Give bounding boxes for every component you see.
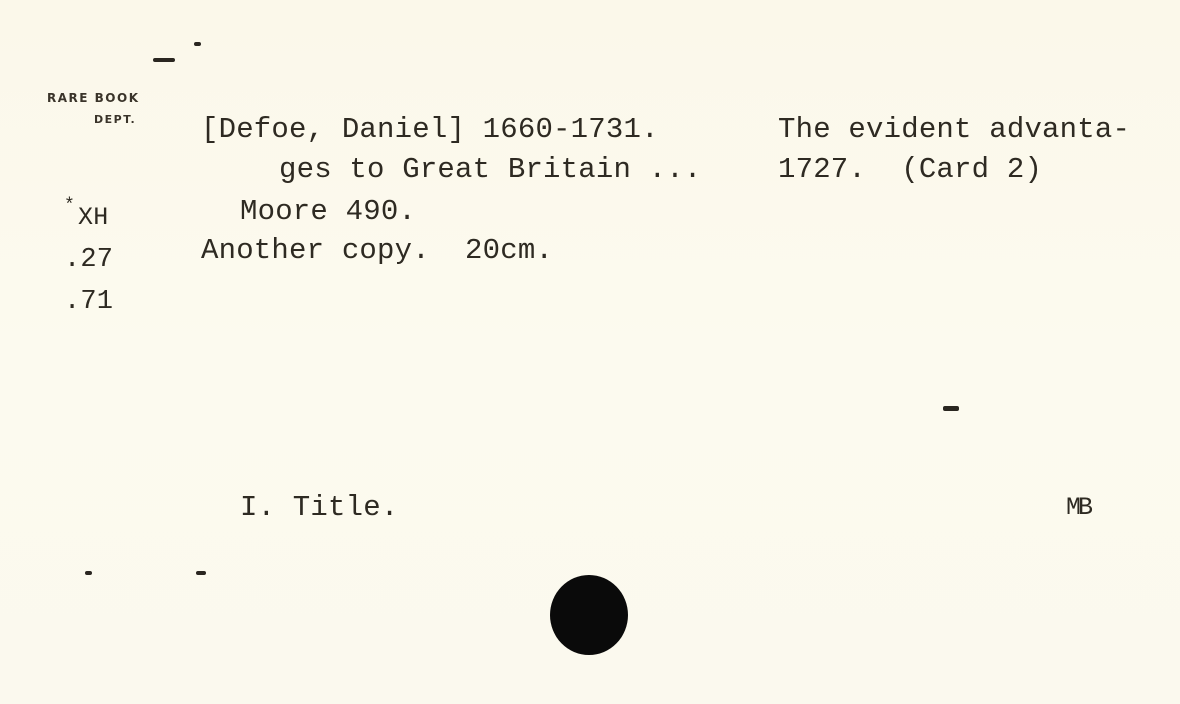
ink-mark bbox=[196, 571, 206, 575]
imprint-date: 1727. (Card 2) bbox=[778, 150, 1042, 190]
card-punch-hole bbox=[550, 575, 628, 655]
title-line2: ges to Great Britain ... bbox=[279, 150, 701, 190]
title-line1: The evident advanta- bbox=[778, 110, 1130, 150]
call-number-line3: .71 bbox=[64, 282, 113, 322]
ink-mark bbox=[194, 42, 201, 46]
call-number-line2: .27 bbox=[64, 240, 113, 280]
author-heading: [Defoe, Daniel] 1660-1731. bbox=[201, 110, 659, 150]
call-number-line1: XH bbox=[78, 198, 108, 238]
ink-mark bbox=[153, 58, 175, 62]
bibliographic-reference: Moore 490. bbox=[240, 192, 416, 232]
tracings: I. Title. bbox=[240, 488, 398, 528]
asterisk-mark: * bbox=[64, 197, 75, 215]
rare-book-dept-stamp-line2: DEPT. bbox=[94, 113, 136, 126]
ink-mark bbox=[943, 406, 959, 411]
copy-note: Another copy. 20cm. bbox=[201, 231, 553, 271]
ink-mark bbox=[85, 571, 92, 575]
cataloger-initials: MB bbox=[1066, 488, 1090, 528]
catalog-card: RARE BOOK DEPT. [Defoe, Daniel] 1660-173… bbox=[0, 0, 1180, 704]
rare-book-dept-stamp-line1: RARE BOOK bbox=[47, 91, 140, 105]
